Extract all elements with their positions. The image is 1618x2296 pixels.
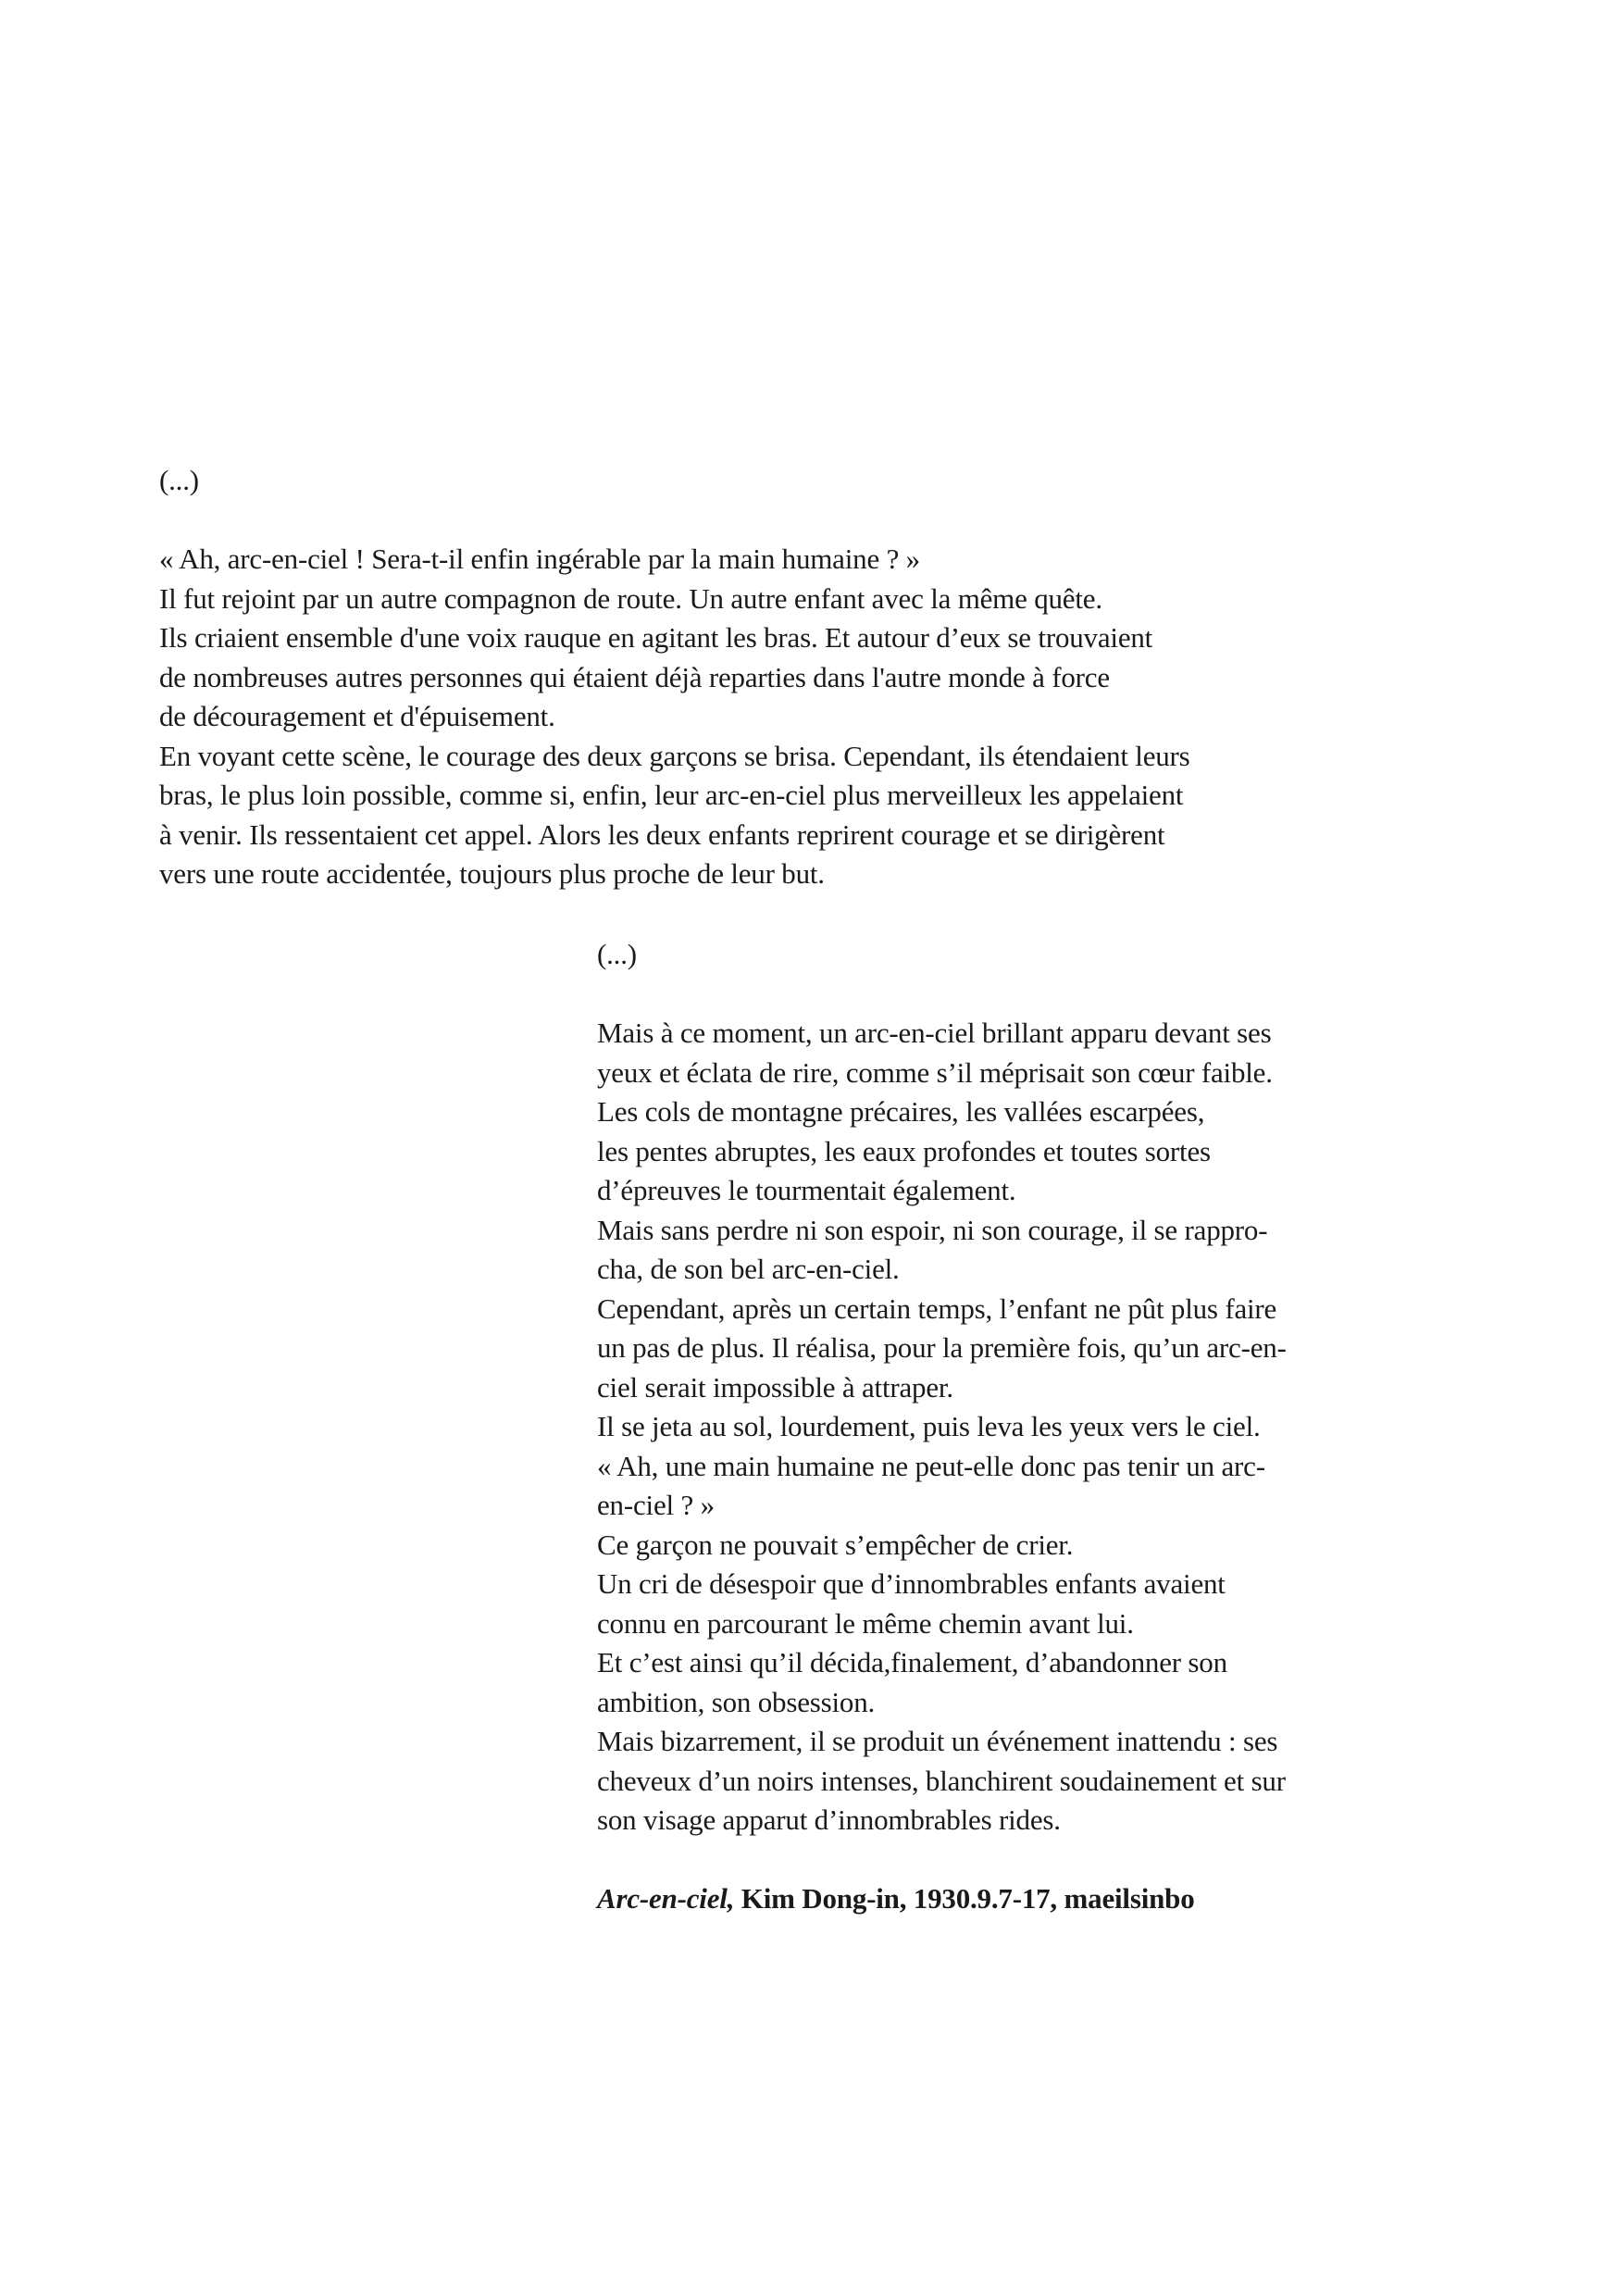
text-line: ambition, son obsession. — [597, 1683, 1486, 1723]
excerpt-section-1: (...) « Ah, arc-en-ciel ! Sera-t-il enfi… — [159, 461, 1474, 894]
text-line: Mais sans perdre ni son espoir, ni son c… — [597, 1211, 1486, 1251]
text-line: son visage apparut d’innombrables rides. — [597, 1801, 1486, 1841]
text-line: Mais à ce moment, un arc-en-ciel brillan… — [597, 1014, 1486, 1054]
ellipsis-marker: (...) — [159, 461, 1474, 501]
text-line: Les cols de montagne précaires, les vall… — [597, 1092, 1486, 1132]
text-line: Ce garçon ne pouvait s’empêcher de crier… — [597, 1526, 1486, 1566]
text-line: Il se jeta au sol, lourdement, puis leva… — [597, 1407, 1486, 1447]
text-line: Il fut rejoint par un autre compagnon de… — [159, 580, 1474, 619]
paragraph-gap — [597, 1841, 1486, 1880]
text-line: un pas de plus. Il réalisa, pour la prem… — [597, 1329, 1486, 1368]
text-line: bras, le plus loin possible, comme si, e… — [159, 776, 1474, 816]
text-line: de découragement et d'épuisement. — [159, 697, 1474, 737]
text-line: les pentes abruptes, les eaux profondes … — [597, 1132, 1486, 1172]
paragraph-gap — [159, 501, 1474, 541]
text-line: à venir. Ils ressentaient cet appel. Alo… — [159, 816, 1474, 855]
text-line: cheveux d’un noirs intenses, blanchirent… — [597, 1762, 1486, 1802]
text-line: « Ah, une main humaine ne peut-elle donc… — [597, 1447, 1486, 1487]
text-line: vers une route accidentée, toujours plus… — [159, 855, 1474, 894]
text-line: « Ah, arc-en-ciel ! Sera-t-il enfin ingé… — [159, 540, 1474, 580]
excerpt-section-2: (...) Mais à ce moment, un arc-en-ciel b… — [597, 935, 1486, 1919]
document-page: (...) « Ah, arc-en-ciel ! Sera-t-il enfi… — [0, 0, 1618, 2296]
text-line: yeux et éclata de rire, comme s’il mépri… — [597, 1054, 1486, 1093]
text-line: d’épreuves le tourmentait également. — [597, 1171, 1486, 1211]
text-line: Ils criaient ensemble d'une voix rauque … — [159, 618, 1474, 658]
text-line: ciel serait impossible à attraper. — [597, 1368, 1486, 1408]
text-line: en-ciel ? » — [597, 1486, 1486, 1526]
text-line: de nombreuses autres personnes qui étaie… — [159, 658, 1474, 698]
text-line: Un cri de désespoir que d’innombrables e… — [597, 1565, 1486, 1604]
text-line: Mais bizarrement, il se produit un événe… — [597, 1722, 1486, 1762]
citation-details: Kim Dong-in, 1930.9.7-17, maeilsinbo — [734, 1882, 1194, 1915]
text-line: connu en parcourant le même chemin avant… — [597, 1604, 1486, 1644]
ellipsis-marker: (...) — [597, 935, 1486, 975]
paragraph-gap — [597, 975, 1486, 1015]
text-line: Et c’est ainsi qu’il décida,finalement, … — [597, 1643, 1486, 1683]
text-line: cha, de son bel arc-en-ciel. — [597, 1250, 1486, 1290]
text-line: En voyant cette scène, le courage des de… — [159, 737, 1474, 777]
source-citation: Arc-en-ciel, Kim Dong-in, 1930.9.7-17, m… — [597, 1879, 1486, 1919]
citation-title: Arc-en-ciel, — [597, 1882, 734, 1915]
text-line: Cependant, après un certain temps, l’enf… — [597, 1290, 1486, 1329]
